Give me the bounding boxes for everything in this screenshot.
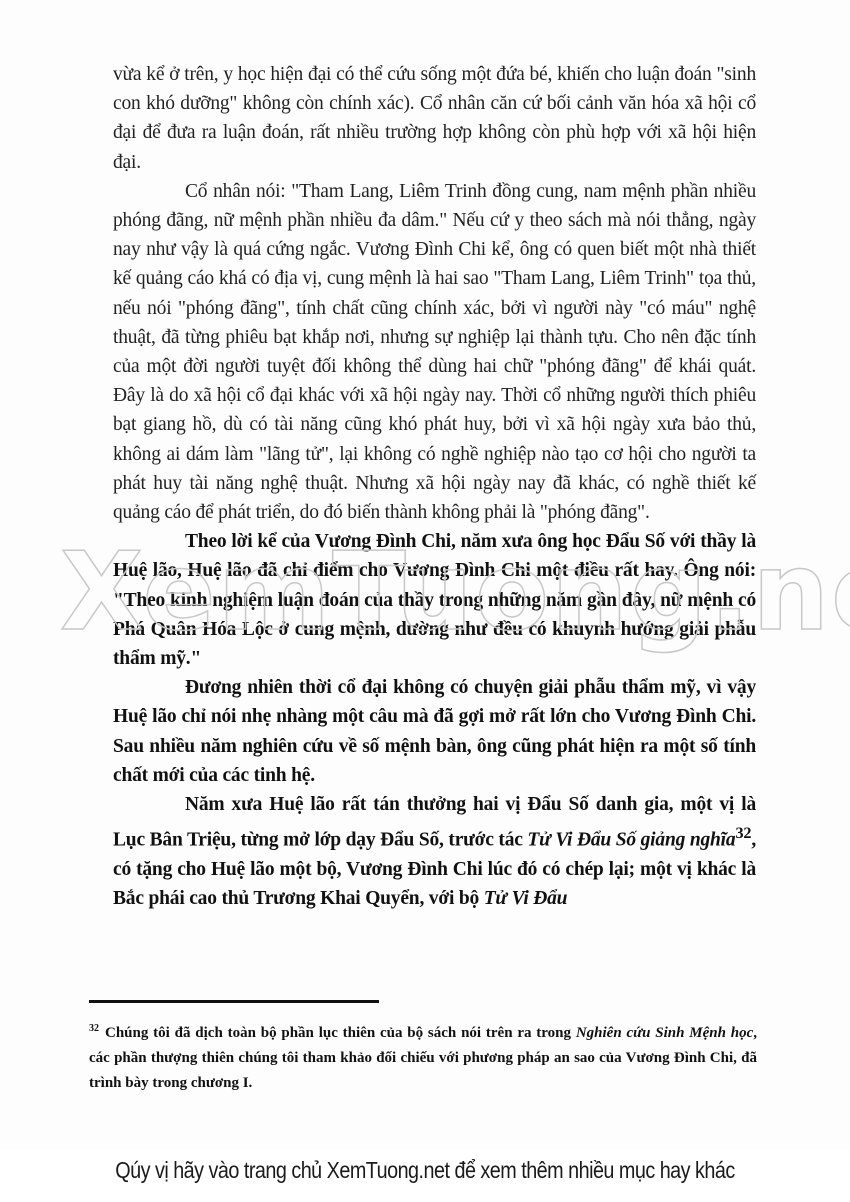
- book-title-italic: Tử Vi Đẩu Số giảng nghĩa: [527, 830, 735, 851]
- footnote-book-title: Nghiên cứu Sinh Mệnh học: [576, 1025, 753, 1041]
- paragraph-2: Cổ nhân nói: "Tham Lang, Liêm Trinh đồng…: [113, 177, 756, 527]
- paragraph-1: vừa kể ở trên, y học hiện đại có thể cứu…: [113, 60, 756, 177]
- body-text: vừa kể ở trên, y học hiện đại có thể cứu…: [113, 60, 756, 913]
- site-link[interactable]: XemTuong.net: [327, 1157, 450, 1183]
- footnote-number: 32: [89, 1023, 99, 1034]
- footnote-reference[interactable]: 32: [735, 824, 751, 842]
- scanned-book-page: vừa kể ở trên, y học hiện đại có thể cứu…: [0, 0, 850, 1150]
- footer-promo: Qúy vị hãy vào trang chủ XemTuong.net để…: [60, 1157, 791, 1184]
- footnote-divider: [89, 1000, 379, 1003]
- footer-suffix: để xem thêm nhiều mục hay khác: [449, 1157, 734, 1183]
- book-title-italic-2: Tử Vi Đẩu: [484, 888, 568, 909]
- footnote: 32Chúng tôi đã dịch toàn bộ phần lục thi…: [89, 1016, 757, 1096]
- paragraph-3: Theo lời kể của Vương Đình Chi, năm xưa …: [113, 527, 756, 673]
- footer-prefix: Qúy vị hãy vào trang chủ: [115, 1157, 326, 1183]
- paragraph-5: Năm xưa Huệ lão rất tán thưởng hai vị Đẩ…: [113, 790, 756, 913]
- footnote-text-a: Chúng tôi đã dịch toàn bộ phần lục thiên…: [105, 1025, 576, 1041]
- paragraph-4: Đương nhiên thời cổ đại không có chuyện …: [113, 673, 756, 790]
